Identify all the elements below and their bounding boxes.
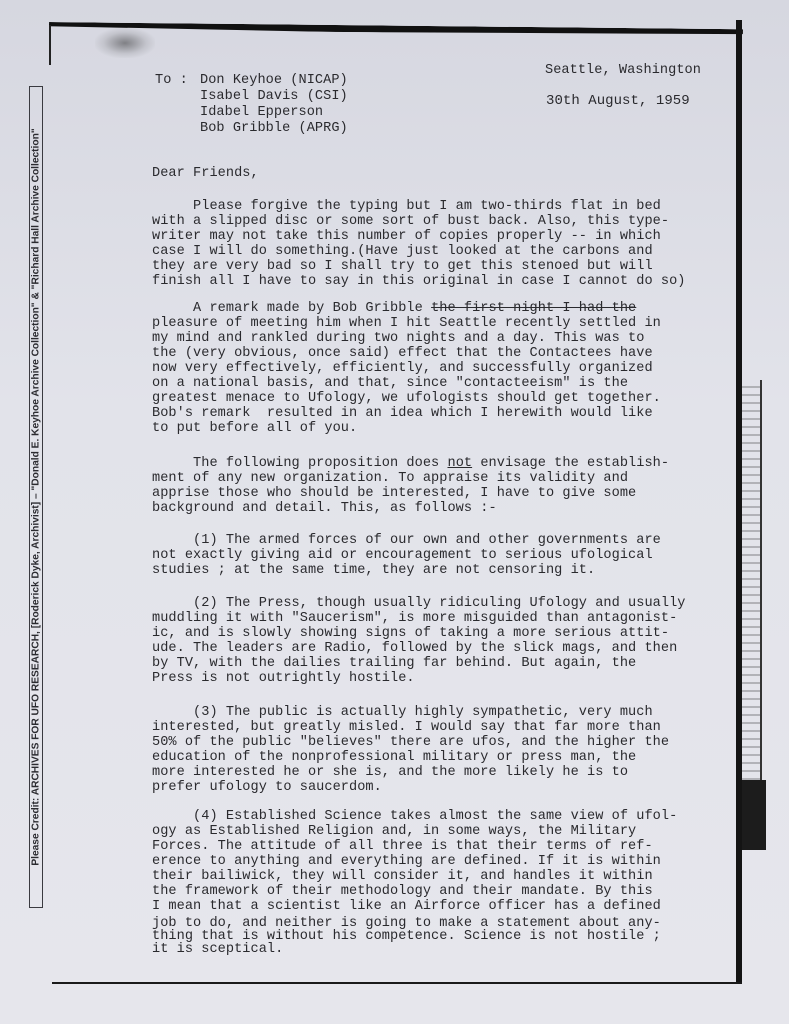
struck-text: the first night I had the xyxy=(431,301,636,316)
text-span: A remark made by Bob Gribble xyxy=(152,301,431,316)
paragraph-line: to put before all of you. xyxy=(152,421,357,436)
recipient: Don Keyhoe (NICAP) xyxy=(200,73,348,88)
paragraph-line: finish all I have to say in this origina… xyxy=(152,274,686,289)
recipient: Bob Gribble (APRG) xyxy=(200,121,348,136)
to-label: To : xyxy=(155,73,188,88)
paragraph-line: pleasure of meeting him when I hit Seatt… xyxy=(152,316,661,331)
letter-date: 30th August, 1959 xyxy=(546,94,690,109)
paragraph-line: prefer ufology to saucerdom. xyxy=(152,780,382,795)
paragraph-line: erence to anything and everything are de… xyxy=(152,854,661,869)
page-edge-block xyxy=(742,780,766,850)
paragraph-line: interested, but greatly misled. I would … xyxy=(152,720,661,735)
paragraph-line: case I will do something.(Have just look… xyxy=(152,244,653,259)
paragraph-line: greatest menace to Ufology, we ufologist… xyxy=(152,391,661,406)
archive-credit-text: Please Credit: ARCHIVES FOR UFO RESEARCH… xyxy=(31,128,42,865)
paragraph-line: my mind and rankled during two nights an… xyxy=(152,331,644,346)
paragraph-line: muddling it with "Saucerism", is more mi… xyxy=(152,611,677,626)
paragraph-line: Please forgive the typing but I am two-t… xyxy=(152,199,661,214)
paragraph-line: (4) Established Science takes almost the… xyxy=(152,809,677,824)
paragraph-line: their bailiwick, they will consider it, … xyxy=(152,869,653,884)
paragraph-line: studies ; at the same time, they are not… xyxy=(152,563,595,578)
paragraph-line: (1) The armed forces of our own and othe… xyxy=(152,533,661,548)
paragraph-line: ude. The leaders are Radio, followed by … xyxy=(152,641,677,656)
paragraph-line: more interested he or she is, and the mo… xyxy=(152,765,628,780)
paragraph-line: ic, and is slowly showing signs of takin… xyxy=(152,626,669,641)
paragraph-line: background and detail. This, as follows … xyxy=(152,501,497,516)
recipient: Isabel Davis (CSI) xyxy=(200,89,348,104)
paragraph-line: The following proposition does not envis… xyxy=(152,456,669,471)
paragraph-line: writer may not take this number of copie… xyxy=(152,229,661,244)
paragraph-line: (2) The Press, though usually ridiculing… xyxy=(152,596,686,611)
recipient: Idabel Epperson xyxy=(200,105,323,120)
salutation: Dear Friends, xyxy=(152,166,259,181)
paragraph-line: 50% of the public "believes" there are u… xyxy=(152,735,669,750)
paragraph-line: the framework of their methodology and t… xyxy=(152,884,653,899)
ink-smudge xyxy=(95,28,155,58)
page-border-left xyxy=(49,25,51,65)
paragraph-line: Bob's remark resulted in an idea which I… xyxy=(152,406,653,421)
paragraph-line: by TV, with the dailies trailing far beh… xyxy=(152,656,636,671)
paragraph-line: A remark made by Bob Gribble the first n… xyxy=(152,301,636,316)
paragraph-line: the (very obvious, once said) effect tha… xyxy=(152,346,653,361)
paragraph-line: ogy as Established Religion and, in some… xyxy=(152,824,636,839)
text-span: The following proposition does xyxy=(152,456,447,471)
paragraph-line: on a national basis, and that, since "co… xyxy=(152,376,628,391)
paragraph-line: with a slipped disc or some sort of bust… xyxy=(152,214,669,229)
letter-place: Seattle, Washington xyxy=(545,63,701,78)
paragraph-line: Forces. The attitude of all three is tha… xyxy=(152,839,653,854)
paragraph-line: they are very bad so I shall try to get … xyxy=(152,259,653,274)
page-border-bottom xyxy=(52,982,742,984)
paragraph-line: it is sceptical. xyxy=(152,942,283,957)
paragraph-line: ment of any new organization. To apprais… xyxy=(152,471,628,486)
paragraph-line: I mean that a scientist like an Airforce… xyxy=(152,899,661,914)
paragraph-line: Press is not outrightly hostile. xyxy=(152,671,415,686)
paragraph-line: education of the nonprofessional militar… xyxy=(152,750,636,765)
underlined-text: not xyxy=(447,456,472,471)
paragraph-line: (3) The public is actually highly sympat… xyxy=(152,705,653,720)
paragraph-line: now very effectively, efficiently, and s… xyxy=(152,361,653,376)
text-span: envisage the establish- xyxy=(472,456,669,471)
paragraph-line: not exactly giving aid or encouragement … xyxy=(152,548,653,563)
paragraph-line: apprise those who should be interested, … xyxy=(152,486,636,501)
